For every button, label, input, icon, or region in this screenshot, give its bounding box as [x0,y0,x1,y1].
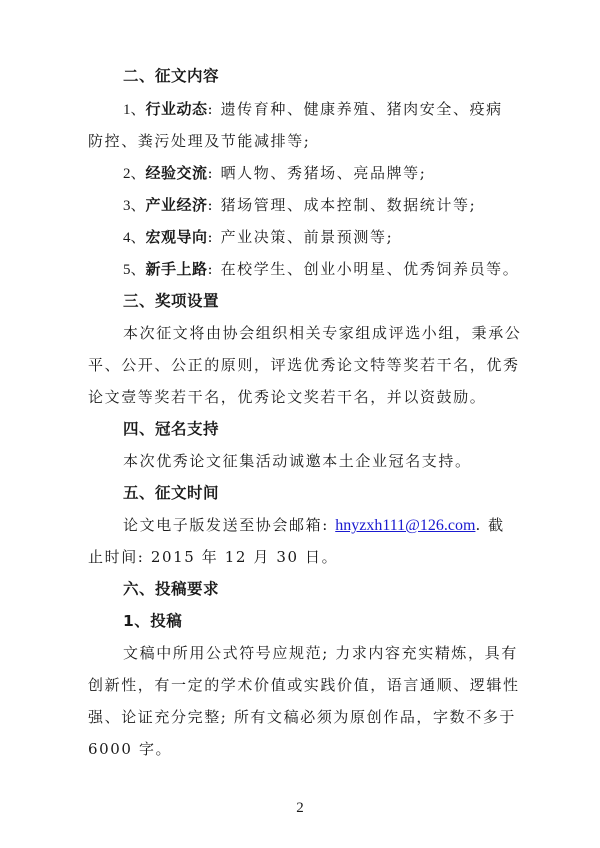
paragraph-line: 论文壹等奖若干名，优秀论文奖若干名，并以资鼓励。 [88,387,518,407]
document-page: 二、征文内容 1、行业动态: 遗传育种、健康养殖、猪肉安全、疫病 防控、粪污处理… [0,0,600,848]
section-heading-requirements: 六、投稿要求 [123,579,553,599]
section-heading-content: 二、征文内容 [123,66,553,86]
list-item-continuation: 防控、粪污处理及节能减排等; [88,131,518,151]
subsection-heading-submission: 1、投稿 [123,611,553,631]
paragraph-line: 6000 字。 [88,739,518,759]
list-item: 1、行业动态: 遗传育种、健康养殖、猪肉安全、疫病 [123,99,553,120]
paragraph-line: 强、论证充分完整; 所有文稿必须为原创作品，字数不多于 [88,707,518,727]
list-item: 3、产业经济: 猪场管理、成本控制、数据统计等; [123,195,553,216]
section-heading-sponsorship: 四、冠名支持 [123,419,553,439]
list-item: 5、新手上路: 在校学生、创业小明星、优秀饲养员等。 [123,259,553,280]
email-link[interactable]: hnyzxh111@126.com [335,517,475,534]
paragraph-line: 创新性，有一定的学术价值或实践价值，语言通顺、逻辑性 [88,675,518,695]
list-item: 2、经验交流: 晒人物、秀猪场、亮品牌等; [123,163,553,184]
paragraph-line: 本次优秀论文征集活动诚邀本土企业冠名支持。 [123,451,553,471]
paragraph-line: 文稿中所用公式符号应规范; 力求内容充实精炼，具有 [123,643,553,663]
section-heading-timeline: 五、征文时间 [123,483,553,503]
paragraph-line: 本次征文将由协会组织相关专家组成评选小组，秉承公 [123,323,553,343]
deadline-line: 止时间: 2015 年 12 月 30 日。 [88,547,518,567]
list-item: 4、宏观导向: 产业决策、前景预测等; [123,227,553,248]
paragraph-line: 平、公开、公正的原则，评选优秀论文特等奖若干名，优秀 [88,355,518,375]
section-heading-awards: 三、奖项设置 [123,291,553,311]
paragraph-line: 论文电子版发送至协会邮箱: hnyzxh111@126.com. 截 [123,515,553,536]
page-number: 2 [0,800,600,817]
